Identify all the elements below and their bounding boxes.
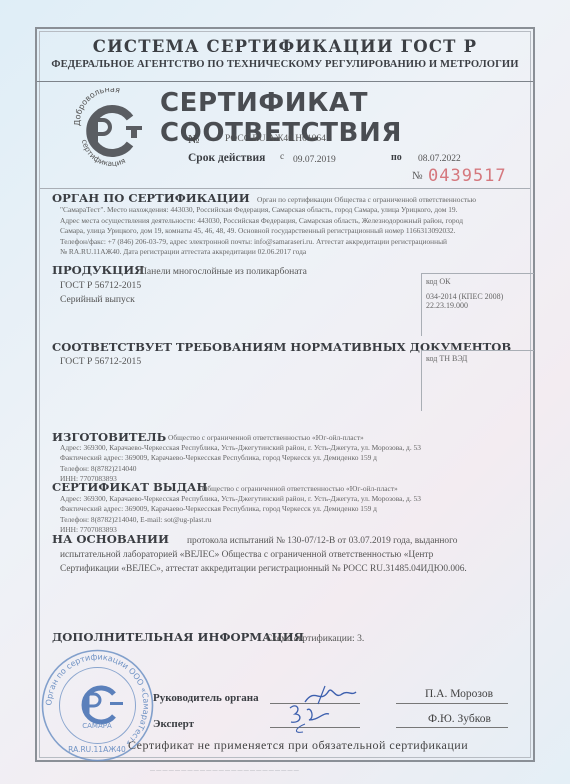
expert-name: Ф.Ю. Зубков <box>428 713 491 725</box>
from-date: 09.07.2019 <box>293 155 336 165</box>
head-label: Руководитель органа <box>153 692 259 704</box>
expert-name-line <box>396 727 508 728</box>
system-title: СИСТЕМА СЕРТИФИКАЦИИ ГОСТ Р <box>37 37 533 56</box>
head-name: П.А. Морозов <box>425 688 493 700</box>
svg-text:САМАРА: САМАРА <box>82 722 112 730</box>
product-release: Серийный выпуск <box>60 294 135 305</box>
number-label: № <box>188 132 199 147</box>
certificate-title: СЕРТИФИКАТ СООТВЕТСТВИЯ <box>160 88 570 148</box>
manufacturer-name: Общество с ограниченной ответственностью… <box>168 433 364 443</box>
basis-text: протокола испытаний № 130-07/12-В от 03.… <box>60 534 467 576</box>
code-ok-box: код ОК 034-2014 (КПЕС 2008) 22.23.19.000 <box>421 273 534 336</box>
code-ok-label: код ОК <box>422 274 534 287</box>
additional-info-text: Схема сертификации: 3. <box>266 633 364 644</box>
svg-text:RA.RU.11АЖ40: RA.RU.11АЖ40 <box>68 745 126 754</box>
expert-label: Эксперт <box>153 718 194 730</box>
from-label: с <box>280 152 284 162</box>
compliance-standard: ГОСТ Р 56712-2015 <box>60 356 141 367</box>
to-date: 08.07.2022 <box>418 154 461 164</box>
divider <box>40 188 530 189</box>
manufacturer-details: Адрес: 369300, Карачаево-Черкесская Респ… <box>60 443 421 485</box>
validity-label: Срок действия <box>188 152 265 164</box>
issued-to-name: Общество с ограниченной ответственностью… <box>202 484 398 494</box>
agency-name: ФЕДЕРАЛЬНОЕ АГЕНТСТВО ПО ТЕХНИЧЕСКОМУ РЕ… <box>37 59 533 70</box>
to-label: по <box>391 152 402 163</box>
product-heading: ПРОДУКЦИЯ <box>52 263 144 277</box>
product-name: Панели многослойные из поликарбоната <box>140 266 307 277</box>
rst-logo-icon: Добровольная сертификация <box>70 88 150 168</box>
code-tnved-box: код ТН ВЭД <box>421 350 534 411</box>
serial-label: № <box>412 170 423 182</box>
code-tnved-label: код ТН ВЭД <box>422 351 534 364</box>
expert-signature-icon <box>285 700 340 736</box>
manufacturer-heading: ИЗГОТОВИТЕЛЬ <box>52 430 166 444</box>
head-name-line <box>396 703 508 704</box>
code-ok-value-2: 22.23.19.000 <box>422 301 534 310</box>
product-standard: ГОСТ Р 56712-2015 <box>60 280 141 291</box>
footer-notice: Сертификат не применяется при обязательн… <box>128 738 468 753</box>
certificate-number: РОСС RU.АЖ40.Н01064 <box>225 134 326 144</box>
issued-to-details: Адрес: 369300, Карачаево-Черкесская Респ… <box>60 494 421 536</box>
printer-imprint: — — — — — — — — — — — — — — — — — — — — … <box>150 769 299 774</box>
code-ok-value-1: 034-2014 (КПЕС 2008) <box>422 287 534 301</box>
serial-number: 0439517 <box>428 166 507 186</box>
certificate-header: СИСТЕМА СЕРТИФИКАЦИИ ГОСТ Р ФЕДЕРАЛЬНОЕ … <box>37 29 533 82</box>
issued-to-heading: СЕРТИФИКАТ ВЫДАН <box>52 480 207 494</box>
certification-body-text: Орган по сертификации Общества с огранич… <box>60 195 476 257</box>
